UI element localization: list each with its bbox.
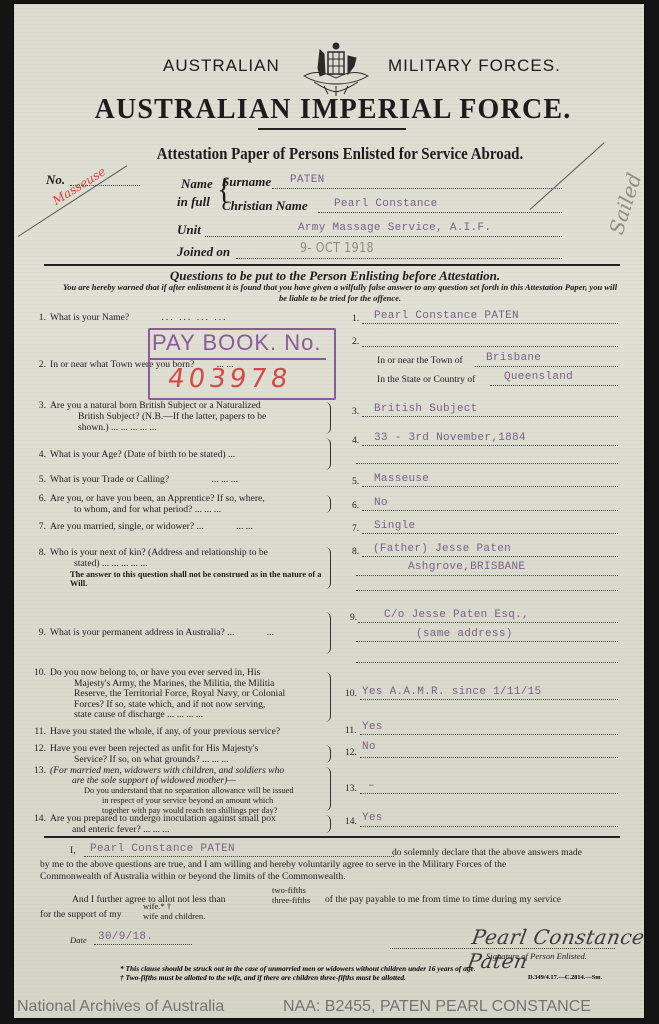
surname-line (272, 188, 562, 189)
answer-6: No (374, 497, 388, 509)
answer-9-line (358, 622, 618, 623)
answer-11-line (360, 734, 618, 735)
answer-14: Yes (362, 812, 383, 824)
in-full-label: in full (177, 194, 210, 210)
answer-10-number: 10. (345, 689, 357, 699)
section-rule-top (44, 264, 620, 266)
answer-6-number: 6. (352, 501, 359, 511)
question-8-note: The answer to this question shall not be… (28, 570, 328, 588)
answer-4: 33 - 3rd November,1884 (374, 432, 526, 444)
surname-value: PATEN (290, 174, 325, 186)
joined-on-line (236, 258, 562, 259)
answer-8-line (362, 556, 618, 557)
unit-line (205, 236, 562, 237)
answer-14-number: 14. (345, 817, 357, 827)
question-11: 11.Have you stated the whole, if any, of… (28, 726, 338, 737)
declaration-i: I, (70, 844, 76, 857)
answer-1: Pearl Constance PATEN (374, 310, 519, 322)
date-value: 30/9/18. (98, 931, 153, 943)
date-line (94, 944, 192, 945)
brace-13 (322, 767, 331, 811)
form-code: D.349/4.17.—C.2814.—Sm. (528, 973, 602, 982)
answer-11: Yes (362, 721, 383, 733)
brace-9 (322, 612, 331, 654)
answer-12: No (362, 741, 376, 753)
answer-9-number: 9. (350, 613, 357, 623)
question-10: 10.Do you now belong to, or have you eve… (28, 668, 328, 721)
pay-book-stamp-label: PAY BOOK. No. (152, 330, 322, 356)
question-9: 9.What is your permanent address in Aust… (28, 627, 328, 638)
name-label: Name (181, 176, 213, 192)
answer-13: – (368, 780, 375, 792)
answer-4-line (362, 445, 618, 446)
question-7: 7.Are you married, single, or widower? .… (28, 521, 328, 532)
answer-5-line (362, 486, 618, 487)
christian-name-value: Pearl Constance (334, 198, 438, 210)
answer-8: (Father) Jesse Paten (373, 543, 511, 555)
answer-6-line (362, 510, 618, 511)
answer-8-line-3 (356, 590, 618, 591)
town-line (475, 366, 618, 367)
brace-4 (322, 438, 331, 470)
answer-8-line-2 (356, 575, 618, 576)
answer-8-number: 8. (352, 547, 359, 557)
question-1: 1.What is your Name? ... ... ... ... (28, 312, 328, 323)
support-options: wife.* † wife and children. (143, 901, 205, 921)
answer-4-number: 4. (352, 436, 359, 446)
page-title: AUSTRALIAN IMPERIAL FORCE. (78, 94, 588, 126)
answer-3: British Subject (374, 403, 478, 415)
surname-label: Surname (222, 174, 271, 190)
watermark-reference: NAA: B2455, PATEN PEARL CONSTANCE (283, 998, 591, 1016)
answer-10-line (360, 699, 618, 700)
allot-options: two-fifths three-fifths (272, 885, 310, 905)
unit-value: Army Massage Service, A.I.F. (298, 222, 491, 234)
answer-7-line (362, 533, 618, 534)
header-australian: AUSTRALIAN (163, 56, 280, 76)
answer-3-line (362, 416, 618, 417)
state-line (490, 385, 618, 386)
question-3: 3.Are you a natural born British Subject… (28, 400, 328, 433)
question-8: 8.Who is your next of kin? (Address and … (28, 547, 328, 588)
answer-13-number: 13. (345, 784, 357, 794)
coat-of-arms-icon (298, 40, 374, 98)
question-6: 6.Are you, or have you been, an Apprenti… (28, 493, 328, 515)
answer-4-line-2 (356, 463, 618, 464)
state-label: In the State or Country of (377, 374, 475, 385)
brace-6 (322, 495, 331, 513)
unit-label: Unit (177, 222, 201, 238)
brace-12 (322, 745, 331, 763)
joined-on-label: Joined on (177, 244, 230, 260)
answer-2-town: Brisbane (486, 352, 541, 364)
question-13: 13.(For married men, widowers with child… (28, 766, 328, 816)
question-12: 12.Have you ever been rejected as unfit … (28, 743, 328, 765)
declaration-name-line (84, 856, 394, 857)
town-label: In or near the Town of (377, 355, 463, 366)
joined-on-date-stamp: 9- OCT 1918 (300, 241, 374, 256)
brace-10 (322, 672, 331, 722)
answer-7: Single (374, 520, 415, 532)
declaration-name: Pearl Constance PATEN (90, 843, 235, 855)
declaration-text-3: Commonwealth of Australia within or beyo… (40, 870, 620, 883)
question-14: 14.Are you prepared to undergo inoculati… (28, 813, 328, 835)
answer-5: Masseuse (374, 473, 429, 485)
question-4: 4.What is your Age? (Date of birth to be… (28, 449, 328, 460)
signature-label: Signature of Person Enlisted. (486, 950, 587, 963)
answer-10: Yes A.A.M.R. since 1/11/15 (362, 686, 541, 698)
brace-8 (322, 547, 331, 589)
signature-line (390, 948, 615, 949)
footnote-2: † Two-fifths must be allotted to the wif… (120, 973, 540, 982)
answer-9: C/o Jesse Paten Esq., (384, 609, 529, 621)
answer-11-number: 11. (345, 726, 357, 736)
brace-3 (322, 402, 331, 434)
allot-text-post: of the pay payable to me from time to ti… (325, 893, 625, 906)
answer-9-line-2 (356, 641, 618, 642)
answer-14-line (360, 826, 618, 827)
title-underline (258, 128, 406, 130)
header-military-forces: MILITARY FORCES. (388, 56, 561, 76)
watermark-archives: National Archives of Australia (17, 998, 224, 1016)
page-subtitle: Attestation Paper of Persons Enlisted fo… (138, 144, 543, 164)
answer-12-line (360, 757, 618, 758)
answer-1-line (362, 323, 618, 324)
christian-name-label: Christian Name (222, 198, 308, 214)
answer-7-number: 7. (352, 524, 359, 534)
support-text: for the support of my (40, 908, 122, 921)
questions-warning: You are hereby warned that if after enli… (60, 282, 620, 304)
question-5: 5.What is your Trade or Calling? ... ...… (28, 474, 328, 485)
answer-9-line2-text: (same address) (416, 628, 513, 640)
answer-3-number: 3. (352, 407, 359, 417)
answer-2-state: Queensland (504, 371, 573, 383)
christian-name-line (318, 212, 562, 213)
answer-5-number: 5. (352, 477, 359, 487)
answer-8-line2-text: Ashgrove,BRISBANE (408, 561, 525, 573)
pay-book-number: 403978 (166, 364, 293, 394)
answer-2-number: 2. (352, 337, 359, 347)
answer-1-number: 1. (352, 314, 359, 324)
answer-13-line (360, 793, 618, 794)
section-rule-bottom (44, 836, 620, 838)
answer-9-line-3 (356, 662, 618, 663)
answer-12-number: 12. (345, 748, 357, 758)
no-label: No. (46, 172, 65, 188)
answer-2-line (362, 346, 618, 347)
brace-14 (322, 815, 331, 833)
footnote-1: * This clause should be struck out in th… (120, 964, 540, 973)
date-label: Date (70, 934, 87, 947)
